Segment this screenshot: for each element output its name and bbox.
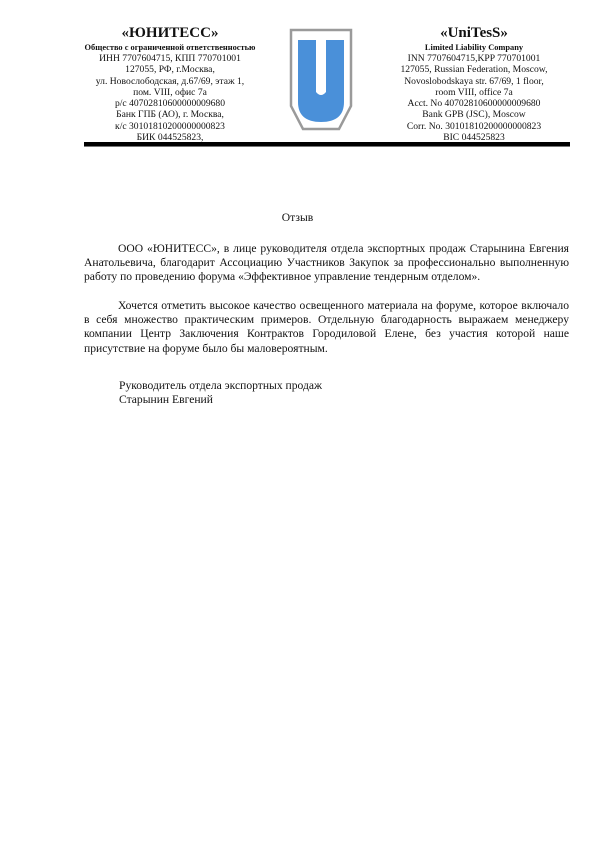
requisite-line: ул. Новослободская, д.67/69, этаж 1, [60, 76, 280, 87]
requisite-line: Corr. No. 30101810200000000823 [384, 121, 564, 132]
letterhead-right: «UniTesS» Limited Liability Company INN … [384, 24, 564, 143]
requisite-line: ИНН 7707604715, КПП 770701001 [60, 53, 280, 64]
requisite-line: Acct. No 40702810600000009680 [384, 98, 564, 109]
requisite-line: Банк ГПБ (АО), г. Москва, [60, 109, 280, 120]
company-name-ru: «ЮНИТЕСС» [60, 24, 280, 42]
company-name-en: «UniTesS» [384, 24, 564, 42]
requisite-line: пом. VIII, офис 7а [60, 87, 280, 98]
company-logo-icon [289, 28, 353, 132]
requisite-line: 127055, Russian Federation, Moscow, [384, 64, 564, 75]
requisite-line: Novoslobodskaya str. 67/69, 1 floor, [384, 76, 564, 87]
company-type-en: Limited Liability Company [384, 43, 564, 53]
letter-paragraph-2: Хочется отметить высокое качество освеще… [84, 299, 569, 356]
paragraph-text: ООО «ЮНИТЕСС», в лице руководителя отдел… [84, 242, 569, 285]
letter-paragraph-1: ООО «ЮНИТЕСС», в лице руководителя отдел… [84, 242, 569, 285]
requisite-line: INN 7707604715,KPP 770701001 [384, 53, 564, 64]
header-divider-shadow [84, 146, 570, 147]
company-type-ru: Общество с ограниченной ответственностью [60, 43, 280, 53]
paragraph-text: Хочется отметить высокое качество освеще… [84, 299, 569, 356]
signature-block: Руководитель отдела экспортных продаж Ст… [119, 379, 322, 407]
signer-position: Руководитель отдела экспортных продаж [119, 379, 322, 393]
letter-title: Отзыв [0, 211, 595, 224]
requisite-line: к/с 30101810200000000823 [60, 121, 280, 132]
requisite-line: room VIII, office 7a [384, 87, 564, 98]
signer-name: Старынин Евгений [119, 393, 322, 407]
requisite-line: Bank GPB (JSC), Moscow [384, 109, 564, 120]
letterhead-left: «ЮНИТЕСС» Общество с ограниченной ответс… [60, 24, 280, 143]
requisite-line: р/с 40702810600000009680 [60, 98, 280, 109]
requisite-line: 127055, РФ, г.Москва, [60, 64, 280, 75]
